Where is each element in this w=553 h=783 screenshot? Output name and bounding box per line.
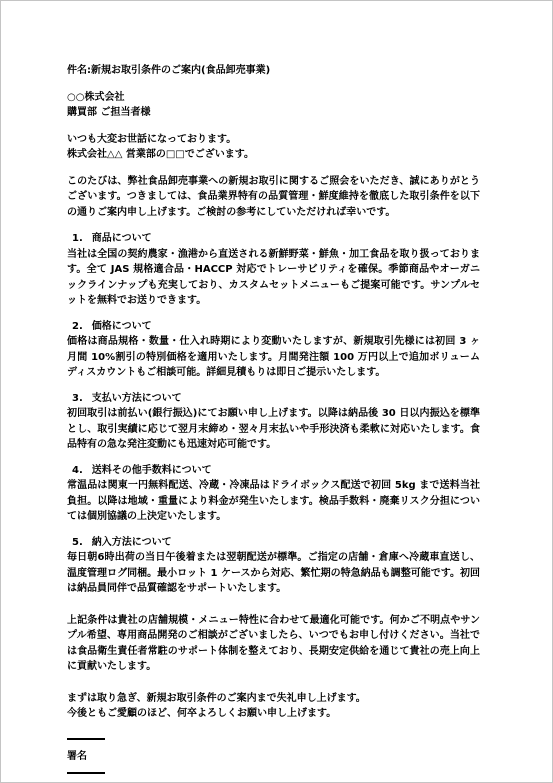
section-number: 1. [72,231,83,247]
signoff-line-1: まずは取り急ぎ、新規お取引条件のご案内まで失礼申し上げます。 [67,691,480,707]
signoff-block: まずは取り急ぎ、新規お取引条件のご案内まで失礼申し上げます。 今後ともご愛顧のほ… [67,691,480,722]
recipient-company: ○○株式会社 [67,90,480,106]
section-body: 価格は商品規格・数量・仕入れ時期により変動いたしますが、新規取引先様には初回 3… [67,334,480,381]
section-title: 支払い方法について [92,393,182,404]
section-title: 納入方法について [92,537,172,548]
greeting-block: いつも大変お世話になっております。 株式会社△△ 営業部の□□でございます。 [67,132,480,163]
recipient-department: 購買部 ご担当者様 [67,105,480,121]
greeting-line-2: 株式会社△△ 営業部の□□でございます。 [67,147,480,163]
closing-paragraph: 上記条件は貴社の店舗規模・メニュー特性に合わせて最適化可能です。何かご不明点やサ… [67,613,480,675]
section-body: 常温品は関東一円無料配送、冷蔵・冷凍品はドライボックス配送で初回 5kg まで送… [67,478,480,525]
signature-rule-bottom [67,772,105,774]
section-pricing: 2.価格について 価格は商品規格・数量・仕入れ時期により変動いたしますが、新規取… [67,319,480,381]
section-products: 1.商品について 当社は全国の契約農家・漁港から直送される新鮮野菜・鮮魚・加工食… [67,231,480,309]
section-heading: 5.納入方法について [67,535,480,551]
greeting-line-1: いつも大変お世話になっております。 [67,132,480,148]
section-number: 3. [72,391,83,407]
section-heading: 1.商品について [67,231,480,247]
section-body: 当社は全国の契約農家・漁港から直送される新鮮野菜・鮮魚・加工食品を取り扱っており… [67,247,480,309]
section-heading: 3.支払い方法について [67,391,480,407]
intro-paragraph: このたびは、弊社食品卸売事業への新規お取引に関するご照会をいただき、誠にありがと… [67,174,480,221]
signoff-line-2: 今後ともご愛顧のほど、何卒よろしくお願い申し上げます。 [67,706,480,722]
section-delivery: 5.納入方法について 毎日朝6時出荷の当日午後着または翌朝配送が標準。ご指定の店… [67,535,480,597]
section-heading: 4.送料その他手数料について [67,463,480,479]
section-number: 2. [72,319,83,335]
section-payment: 3.支払い方法について 初回取引は前払い(銀行振込)にてお願い申し上げます。以降… [67,391,480,453]
section-number: 5. [72,535,83,551]
section-title: 価格について [92,321,152,332]
section-title: 商品について [92,233,152,244]
signature-label: 署名 [67,749,480,765]
signature-block: 署名 [67,738,480,775]
document-page: 件名:新規お取引条件のご案内(食品卸売事業) ○○株式会社 購買部 ご担当者様 … [0,0,553,783]
section-heading: 2.価格について [67,319,480,335]
section-shipping-fees: 4.送料その他手数料について 常温品は関東一円無料配送、冷蔵・冷凍品はドライボッ… [67,463,480,525]
section-number: 4. [72,463,83,479]
section-title: 送料その他手数料について [92,465,212,476]
recipient-block: ○○株式会社 購買部 ご担当者様 [67,90,480,121]
section-body: 初回取引は前払い(銀行振込)にてお願い申し上げます。以降は納品後 30 日以内振… [67,406,480,453]
section-body: 毎日朝6時出荷の当日午後着または翌朝配送が標準。ご指定の店舗・倉庫へ冷蔵車直送し… [67,550,480,597]
subject-line: 件名:新規お取引条件のご案内(食品卸売事業) [67,63,480,79]
signature-rule-top [67,738,105,740]
